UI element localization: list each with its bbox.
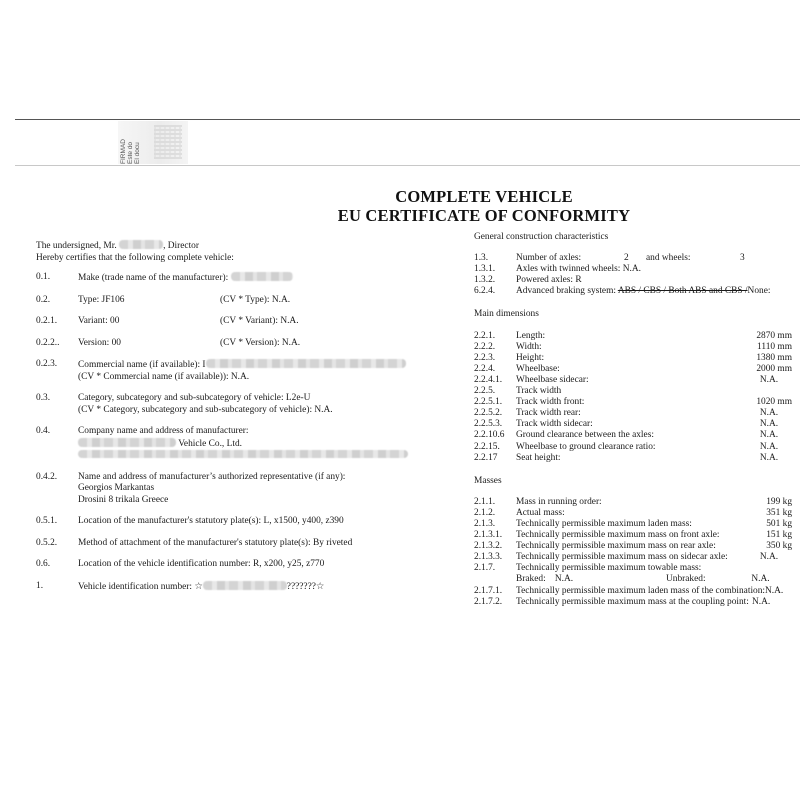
wheels-label: and wheels: [646,253,691,264]
section-heading: General construction characteristics [474,232,792,243]
row-number: 2.2.17 [474,453,516,464]
section-heading: Main dimensions [474,309,792,320]
row-label: Ground clearance between the axles: [516,430,730,441]
item-type: 0.2. Type: JF106 (CV * Type): N.A. [36,295,456,307]
title-line-2: EU CERTIFICATE OF CONFORMITY [0,206,800,225]
vehicle-identification-section: The undersigned, Mr. , Director Hereby c… [36,240,456,603]
item-make: 0.1. Make (trade name of the manufacture… [36,272,456,285]
struck-options: ABS / CBS / Both ABS and CBS / [618,286,748,296]
redacted-make [231,272,293,281]
data-row: 2.2.5.3.Track width sidecar:N.A. [474,419,792,430]
item-plate-attachment: 0.5.2. Method of attachment of the manuf… [36,538,456,550]
row-value: N.A. [730,408,792,419]
row-label: Advanced braking system: [516,286,618,296]
item-text: Location of the vehicle identification n… [78,559,456,571]
row-label: Technically permissible maximum mass on … [516,552,730,563]
row-number: 2.2.5.1. [474,397,516,408]
row-number: 2.1.3.2. [474,541,516,552]
intro-suffix: , Director [163,241,199,251]
item-number: 1. [36,581,78,594]
mass-rows-combination: 2.1.7.1.Technically permissible maximum … [474,586,792,608]
row-value: 350 kg [730,541,792,552]
row-value: 199 kg [730,497,792,508]
item-text: Company name and address of manufacturer… [78,426,456,438]
item-cv: (CV * Version): N.A. [220,338,300,350]
row-number: 1.3.2. [474,275,516,286]
row-label: Actual mass: [516,508,730,519]
data-row: 2.2.2.Width:1110 mm [474,342,792,353]
row-value: 2000 mm [730,364,792,375]
row-label: Technically permissible maximum laden ma… [516,586,765,597]
row-value: N.A. [730,552,792,563]
row-value: 1380 mm [730,353,792,364]
item-cv: (CV * Type): N.A. [220,295,290,307]
row-label: Technically permissible maximum laden ma… [516,519,730,530]
row-number: 2.2.5.2. [474,408,516,419]
unbraked-value: N.A. [745,574,792,585]
row-number: 2.2.15. [474,442,516,453]
row-number: 2.2.5.3. [474,419,516,430]
row-label: Technically permissible maximum mass at … [516,597,752,608]
dimension-rows: 2.2.1.Length:2870 mm2.2.2.Width:1110 mm2… [474,331,792,464]
data-row: 2.1.7.2.Technically permissible maximum … [474,597,792,608]
technical-data-section: General construction characteristics 1.3… [474,232,792,620]
item-category: 0.3. Category, subcategory and sub-subca… [36,393,456,416]
item-variant: 0.2.1. Variant: 00 (CV * Variant): N.A. [36,316,456,328]
item-vin: 1. Vehicle identification number: ☆?????… [36,581,456,594]
row-value: 1020 mm [730,397,792,408]
item-text: Category, subcategory and sub-subcategor… [78,393,456,405]
item-text-2: Georgios Markantas [78,483,456,495]
item-cv: (CV * Variant): N.A. [220,316,299,328]
item-number: 0.1. [36,272,78,285]
data-row: 2.2.5.1.Track width front:1020 mm [474,397,792,408]
row-label: Length: [516,331,730,342]
data-row: 2.1.3.1.Technically permissible maximum … [474,530,792,541]
row-value: N.A. [730,442,792,453]
row-number: 2.1.7.2. [474,597,516,608]
item-text: Commercial name (if available): I [78,360,206,370]
twinned-row: 1.3.1. Axles with twinned wheels: N.A. [474,264,792,275]
data-row: 2.1.3.2.Technically permissible maximum … [474,541,792,552]
braking-row: 6.2.4. Advanced braking system: ABS / CB… [474,286,792,297]
row-value: 501 kg [730,519,792,530]
unbraked-label: Unbraked: [666,574,745,585]
row-value: N.A. [730,430,792,441]
wheels-value: 3 [740,253,745,264]
row-value: N.A. [730,419,792,430]
row-number: 2.2.1. [474,331,516,342]
item-text: Method of attachment of the manufacturer… [78,538,456,550]
data-row: 2.1.7.Technically permissible maximum to… [474,563,792,574]
section-heading: Masses [474,476,792,487]
item-text-suffix: ???????☆ [287,582,325,592]
braked-label: Braked: [516,574,555,585]
intro-line-2: Hereby certifies that the following comp… [36,253,456,265]
item-number: 0.4. [36,426,78,462]
item-plate-location: 0.5.1. Location of the manufacturer's st… [36,516,456,528]
item-text: Location of the manufacturer's statutory… [78,516,456,528]
axles-value: 2 [624,253,629,264]
row-number: 2.1.1. [474,497,516,508]
towable-row: Braked: N.A. Unbraked: N.A. [474,574,792,585]
row-label: Track width sidecar: [516,419,730,430]
mass-rows: 2.1.1.Mass in running order:199 kg2.1.2.… [474,497,792,575]
item-manufacturer: 0.4. Company name and address of manufac… [36,426,456,462]
item-commercial-name: 0.2.3. Commercial name (if available): I… [36,359,456,383]
item-text: Name and address of manufacturer’s autho… [78,472,456,484]
item-text-2: (CV * Commercial name (if available)): N… [78,372,456,384]
row-label: Width: [516,342,730,353]
row-value [730,563,792,574]
item-number: 0.2.1. [36,316,78,328]
row-value: 2870 mm [730,331,792,342]
title-line-1: COMPLETE VEHICLE [0,187,800,206]
row-number: 2.2.4.1. [474,375,516,386]
row-label: Wheelbase sidecar: [516,375,730,386]
data-row: 2.1.3.Technically permissible maximum la… [474,519,792,530]
row-number: 6.2.4. [474,286,516,297]
row-value: 1110 mm [730,342,792,353]
item-text-2: (CV * Category, subcategory and sub-subc… [78,405,456,417]
row-number: 1.3.1. [474,264,516,275]
powered-row: 1.3.2. Powered axles: R [474,275,792,286]
row-label: Wheelbase to ground clearance ratio: [516,442,730,453]
row-label: Mass in running order: [516,497,730,508]
data-row: 2.2.15.Wheelbase to ground clearance rat… [474,442,792,453]
row-value: N.A. [730,453,792,464]
redacted-name [119,240,163,249]
document-title: COMPLETE VEHICLE EU CERTIFICATE OF CONFO… [0,187,800,225]
item-representative: 0.4.2. Name and address of manufacturer’… [36,472,456,507]
item-text-3: Drosini 8 trikala Greece [78,495,456,507]
row-label: Track width front: [516,397,730,408]
row-number: 2.1.7.1. [474,586,516,597]
data-row: 2.1.1.Mass in running order:199 kg [474,497,792,508]
row-number: 2.1.3.3. [474,552,516,563]
data-row: 2.2.5.2.Track width rear:N.A. [474,408,792,419]
row-value: N.A. [765,586,800,597]
item-vin-location: 0.6. Location of the vehicle identificat… [36,559,456,571]
data-row: 2.1.3.3.Technically permissible maximum … [474,552,792,563]
row-value [730,386,792,397]
redacted-address [78,450,408,458]
axles-row: 1.3. Number of axles: 2 and wheels: 3 [474,253,792,264]
item-text-2: Vehicle Co., Ltd. [178,439,242,449]
row-number: 2.2.4. [474,364,516,375]
item-version: 0.2.2.. Version: 00 (CV * Version): N.A. [36,338,456,350]
data-row: 2.2.4.1.Wheelbase sidecar:N.A. [474,375,792,386]
data-row: 2.2.10.6Ground clearance between the axl… [474,430,792,441]
row-number: 1.3. [474,253,516,264]
row-value: 151 kg [730,530,792,541]
item-number: 0.2.3. [36,359,78,383]
general-construction: General construction characteristics 1.3… [474,232,792,297]
header-rule-top [15,119,800,120]
row-label: Seat height: [516,453,730,464]
masses: Masses 2.1.1.Mass in running order:199 k… [474,476,792,608]
header-rule-bottom [15,165,800,166]
item-number: 0.6. [36,559,78,571]
redacted-commercial-name [206,359,406,368]
row-number: 2.1.3.1. [474,530,516,541]
row-number: 2.1.7. [474,563,516,574]
row-label: Technically permissible maximum mass on … [516,541,730,552]
data-row: 2.2.17Seat height:N.A. [474,453,792,464]
row-number: 2.2.10.6 [474,430,516,441]
row-value: N.A. [730,375,792,386]
intro: The undersigned, Mr. , Director Hereby c… [36,240,456,264]
row-value: None: [748,286,771,296]
row-value: N.A. [752,597,792,608]
row-label: Powered axles: R [516,275,792,286]
item-number: 0.5.1. [36,516,78,528]
item-number: 0.3. [36,393,78,416]
row-label: Wheelbase: [516,364,730,375]
row-value: 351 kg [730,508,792,519]
data-row: 2.2.5.Track width [474,386,792,397]
data-row: 2.2.4.Wheelbase:2000 mm [474,364,792,375]
item-number: 0.2. [36,295,78,307]
stamp-line: Este do [127,121,134,164]
row-label: Track width rear: [516,408,730,419]
item-text: Make (trade name of the manufacturer): [78,273,228,283]
row-label: Height: [516,353,730,364]
row-label: Technically permissible maximum mass on … [516,530,730,541]
item-number: 0.5.2. [36,538,78,550]
qr-code-icon [154,125,182,159]
main-dimensions: Main dimensions 2.2.1.Length:2870 mm2.2.… [474,309,792,463]
row-number: 2.2.5. [474,386,516,397]
data-row: 2.1.2.Actual mass:351 kg [474,508,792,519]
stamp-text: FIRMAD Este do El docu [120,121,152,164]
row-label: Track width [516,386,730,397]
row-number: 2.2.2. [474,342,516,353]
item-text: Vehicle identification number: ☆ [78,582,203,592]
data-row: 2.2.3.Height:1380 mm [474,353,792,364]
data-row: 2.1.7.1.Technically permissible maximum … [474,586,792,597]
row-label: Axles with twinned wheels: N.A. [516,264,792,275]
redacted-vin [203,581,287,590]
stamp-line: El docu [134,121,141,164]
row-label: Technically permissible maximum towable … [516,563,730,574]
intro-prefix: The undersigned, Mr. [36,241,119,251]
braked-value: N.A. [555,574,666,585]
data-row: 2.2.1.Length:2870 mm [474,331,792,342]
row-number: 2.1.2. [474,508,516,519]
row-number: 2.1.3. [474,519,516,530]
item-number: 0.2.2.. [36,338,78,350]
row-number: 2.2.3. [474,353,516,364]
item-number: 0.4.2. [36,472,78,507]
signature-stamp: FIRMAD Este do El docu [118,121,188,164]
stamp-line: FIRMAD [120,121,127,164]
redacted-company [78,438,176,447]
